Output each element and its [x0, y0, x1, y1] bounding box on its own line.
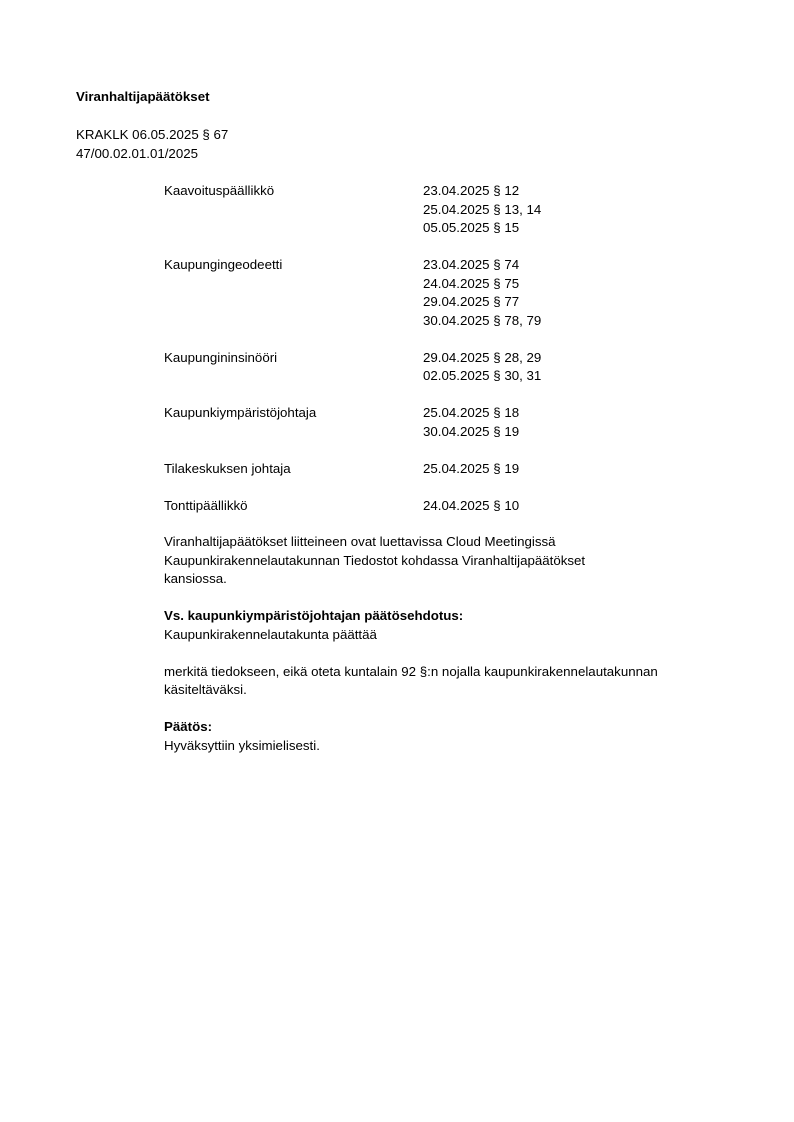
proposal-heading: Vs. kaupunkiympäristöjohtajan päätösehdo… — [164, 607, 724, 626]
proposal-line: käsiteltäväksi. — [164, 681, 724, 700]
info-paragraph: Viranhaltijapäätökset liitteineen ovat l… — [164, 533, 724, 589]
official-title: Kaavoituspäällikkö — [164, 182, 423, 238]
decision-dates: 25.04.2025 § 19 — [423, 460, 519, 479]
meeting-reference: KRAKLK 06.05.2025 § 67 — [76, 126, 228, 145]
decision-section: Päätös: Hyväksyttiin yksimielisesti. — [164, 718, 724, 755]
decision-entry: 24.04.2025 § 10 — [423, 497, 519, 516]
official-title: Kaupungininsinööri — [164, 349, 423, 386]
official-row: Tilakeskuksen johtaja25.04.2025 § 19 — [164, 460, 724, 479]
proposal-text: merkitä tiedokseen, eikä oteta kuntalain… — [164, 663, 724, 700]
official-title: Tilakeskuksen johtaja — [164, 460, 423, 479]
decision-entry: 25.04.2025 § 19 — [423, 460, 519, 479]
info-line: Viranhaltijapäätökset liitteineen ovat l… — [164, 533, 724, 552]
decision-entry: 23.04.2025 § 12 — [423, 182, 541, 201]
official-row: Kaupungingeodeetti23.04.2025 § 7424.04.2… — [164, 256, 724, 330]
decision-heading: Päätös: — [164, 718, 724, 737]
official-row: Tonttipäällikkö24.04.2025 § 10 — [164, 497, 724, 516]
record-number: 47/00.02.01.01/2025 — [76, 145, 228, 164]
decision-text: Hyväksyttiin yksimielisesti. — [164, 737, 724, 756]
decision-entry: 30.04.2025 § 78, 79 — [423, 312, 541, 331]
decision-entry: 25.04.2025 § 18 — [423, 404, 519, 423]
decision-entry: 02.05.2025 § 30, 31 — [423, 367, 541, 386]
decision-entry: 23.04.2025 § 74 — [423, 256, 541, 275]
official-row: Kaavoituspäällikkö23.04.2025 § 1225.04.2… — [164, 182, 724, 238]
decision-dates: 23.04.2025 § 1225.04.2025 § 13, 1405.05.… — [423, 182, 541, 238]
decision-entry: 25.04.2025 § 13, 14 — [423, 201, 541, 220]
decision-dates: 25.04.2025 § 1830.04.2025 § 19 — [423, 404, 519, 441]
decision-dates: 29.04.2025 § 28, 2902.05.2025 § 30, 31 — [423, 349, 541, 386]
proposal-intro: Kaupunkirakennelautakunta päättää — [164, 626, 724, 645]
document-title: Viranhaltijapäätökset — [76, 88, 210, 107]
info-line: kansiossa. — [164, 570, 724, 589]
official-title: Tonttipäällikkö — [164, 497, 423, 516]
official-row: Kaupungininsinööri29.04.2025 § 28, 2902.… — [164, 349, 724, 386]
official-title: Kaupungingeodeetti — [164, 256, 423, 330]
decision-dates: 23.04.2025 § 7424.04.2025 § 7529.04.2025… — [423, 256, 541, 330]
proposal-section: Vs. kaupunkiympäristöjohtajan päätösehdo… — [164, 607, 724, 644]
decision-entry: 30.04.2025 § 19 — [423, 423, 519, 442]
official-row: Kaupunkiympäristöjohtaja25.04.2025 § 183… — [164, 404, 724, 441]
decision-dates: 24.04.2025 § 10 — [423, 497, 519, 516]
decision-entry: 05.05.2025 § 15 — [423, 219, 541, 238]
official-title: Kaupunkiympäristöjohtaja — [164, 404, 423, 441]
document-body: Viranhaltijapäätökset liitteineen ovat l… — [164, 533, 724, 774]
proposal-line: merkitä tiedokseen, eikä oteta kuntalain… — [164, 663, 724, 682]
decision-entry: 29.04.2025 § 28, 29 — [423, 349, 541, 368]
decision-entry: 29.04.2025 § 77 — [423, 293, 541, 312]
document-meta: KRAKLK 06.05.2025 § 67 47/00.02.01.01/20… — [76, 126, 228, 163]
info-line: Kaupunkirakennelautakunnan Tiedostot koh… — [164, 552, 724, 571]
officials-decisions-list: Kaavoituspäällikkö23.04.2025 § 1225.04.2… — [164, 182, 724, 534]
decision-entry: 24.04.2025 § 75 — [423, 275, 541, 294]
